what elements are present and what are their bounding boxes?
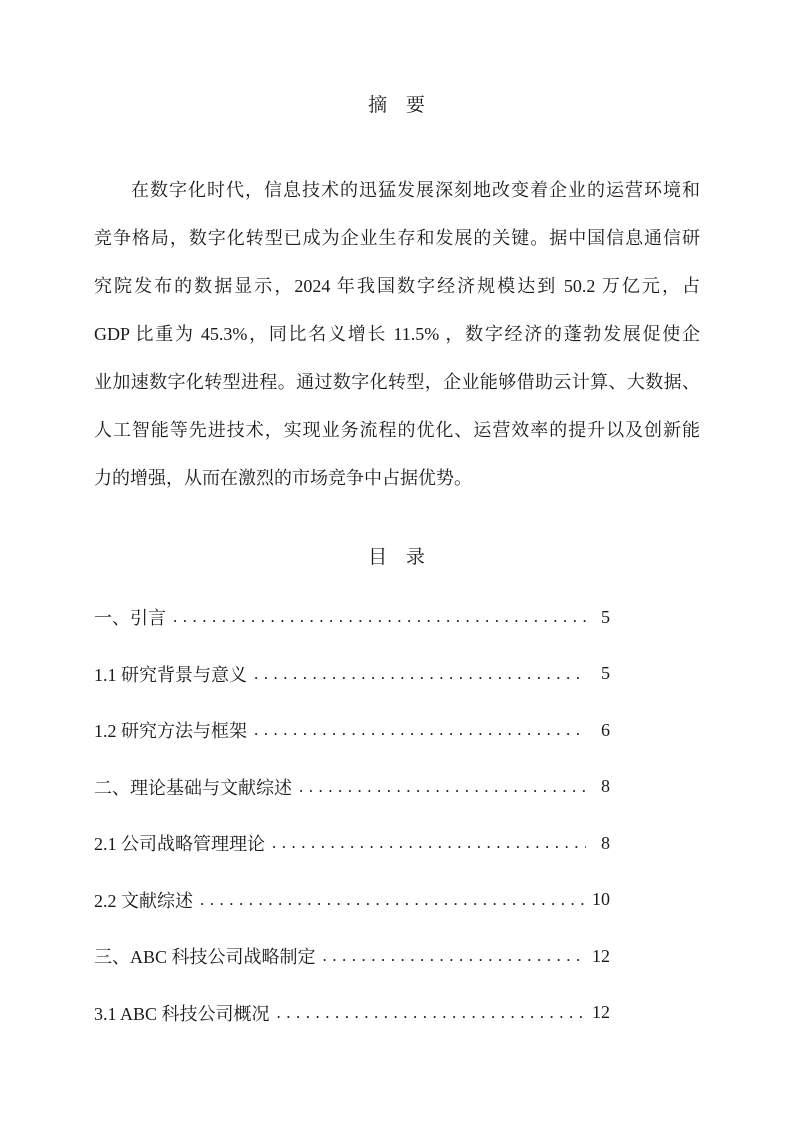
dot-leader [292,777,586,797]
abstract-line: 究院发布的数据显示，2024 年我国数字经济规模达到 50.2 万亿元，占 [94,262,700,310]
toc-entry-page: 12 [586,1002,610,1023]
toc-entry[interactable]: 一、引言 5 [94,589,610,646]
toc-entry-page: 8 [586,833,610,854]
toc-entry-label: 1.1 研究背景与意义 [94,661,247,687]
toc-entry-label: 三、ABC 科技公司战略制定 [94,943,316,969]
dot-leader [166,607,586,627]
toc-entry-label: 一、引言 [94,604,166,630]
toc-entry-label: 2.2 文献综述 [94,887,193,913]
abstract-line: 在数字化时代，信息技术的迅猛发展深刻地改变着企业的运营环境和 [94,166,700,214]
toc-entry-page: 8 [586,776,610,797]
toc-entry-label: 1.2 研究方法与框架 [94,717,247,743]
abstract-line: 竞争格局，数字化转型已成为企业生存和发展的关键。据中国信息通信研 [94,214,700,262]
toc-entry[interactable]: 2.2 文献综述 10 [94,872,610,929]
dot-leader [247,664,586,684]
abstract-title: 摘 要 [0,94,793,118]
toc-entry-label: 2.1 公司战略管理理论 [94,830,265,856]
abstract-line: GDP 比重为 45.3%，同比名义增长 11.5% ，数字经济的蓬勃发展促使企 [94,310,700,358]
toc-entry[interactable]: 三、ABC 科技公司战略制定 12 [94,928,610,985]
abstract-paragraph: 在数字化时代，信息技术的迅猛发展深刻地改变着企业的运营环境和 竞争格局，数字化转… [94,166,700,502]
toc-entry[interactable]: 1.1 研究背景与意义 5 [94,646,610,703]
toc-entry-page: 12 [586,946,610,967]
toc-entry[interactable]: 2.1 公司战略管理理论 8 [94,815,610,872]
toc-entry-page: 5 [586,607,610,628]
table-of-contents: 一、引言 5 1.1 研究背景与意义 5 1.2 研究方法与框架 6 二、理论基… [94,589,610,1041]
toc-entry-page: 6 [586,720,610,741]
dot-leader [247,720,586,740]
dot-leader [265,833,586,853]
document-page: 摘 要 在数字化时代，信息技术的迅猛发展深刻地改变着企业的运营环境和 竞争格局，… [0,0,793,1122]
abstract-line: 人工智能等先进技术，实现业务流程的优化、运营效率的提升以及创新能 [94,406,700,454]
dot-leader [270,1003,586,1023]
toc-entry-label: 二、理论基础与文献综述 [94,774,292,800]
abstract-line: 力的增强，从而在激烈的市场竞争中占据优势。 [94,454,700,502]
toc-title: 目 录 [0,546,793,570]
toc-entry[interactable]: 二、理论基础与文献综述 8 [94,759,610,816]
toc-entry[interactable]: 3.1 ABC 科技公司概况 12 [94,985,610,1042]
toc-entry-page: 10 [586,889,610,910]
dot-leader [193,890,586,910]
toc-entry-page: 5 [586,663,610,684]
abstract-line: 业加速数字化转型进程。通过数字化转型，企业能够借助云计算、大数据、 [94,358,700,406]
dot-leader [316,946,586,966]
toc-entry-label: 3.1 ABC 科技公司概况 [94,1000,270,1026]
toc-entry[interactable]: 1.2 研究方法与框架 6 [94,702,610,759]
